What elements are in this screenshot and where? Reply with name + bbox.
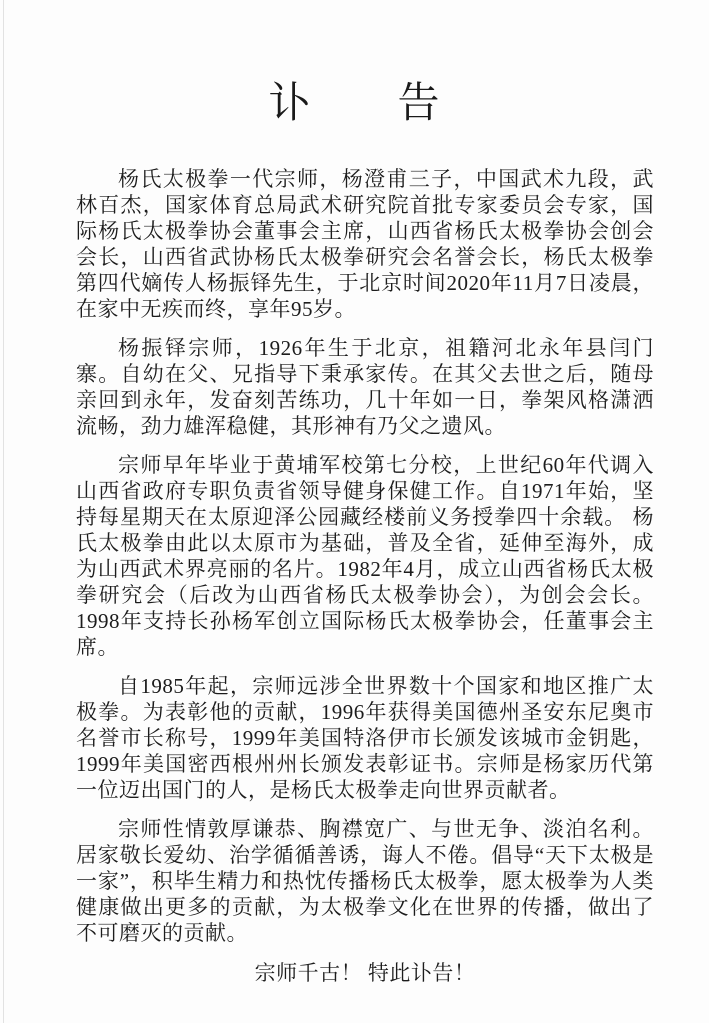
paragraph-career: 宗师早年毕业于黄埔军校第七分校，上世纪60年代调入山西省政府专职负责省领导健身保… — [76, 452, 654, 660]
document-title: 讣 告 — [0, 0, 709, 133]
document-body: 杨氏太极拳一代宗师，杨澄甫三子，中国武术九段，武林百杰，国家体育总局武术研究院首… — [76, 166, 654, 986]
paragraph-intro-honors: 杨氏太极拳一代宗师，杨澄甫三子，中国武术九段，武林百杰，国家体育总局武术研究院首… — [76, 166, 654, 322]
paragraph-early-life: 杨振铎宗师，1926年生于北京，祖籍河北永年县闫门寨。自幼在父、兄指导下秉承家传… — [76, 335, 654, 439]
closing-line: 宗师千古！ 特此讣告！ — [76, 960, 654, 986]
scan-edge-line — [3, 0, 4, 1023]
obituary-document-page: 讣 告 杨氏太极拳一代宗师，杨澄甫三子，中国武术九段，武林百杰，国家体育总局武术… — [0, 0, 709, 1023]
paragraph-world-promotion: 自1985年起，宗师远涉全世界数十个国家和地区推广太极拳。为表彰他的贡献，199… — [76, 673, 654, 803]
paragraph-character: 宗师性情敦厚谦恭、胸襟宽广、与世无争、淡泊名利。居家敬长爱幼、治学循循善诱，诲人… — [76, 816, 654, 946]
